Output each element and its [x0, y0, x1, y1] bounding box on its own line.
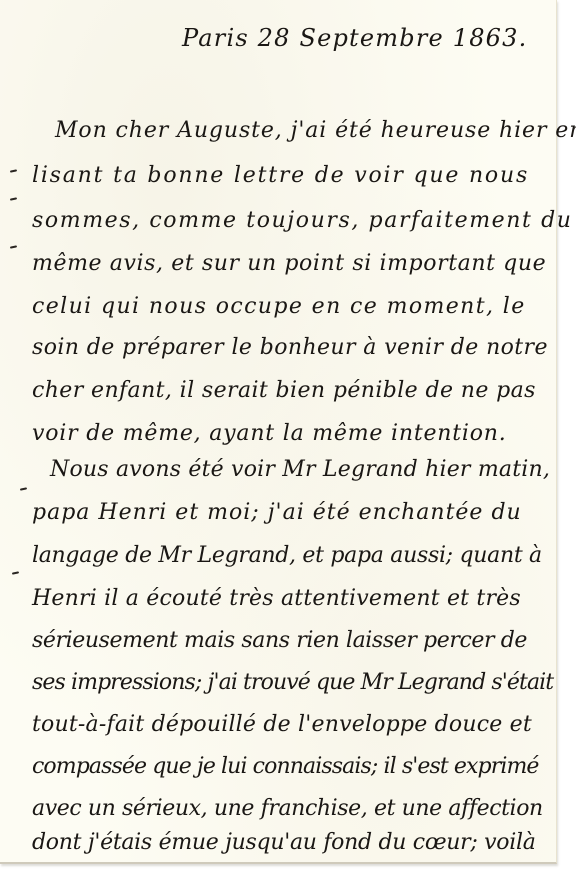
letter-line-14: ses impressions; j'ai trouvé que Mr Legr… [32, 672, 553, 694]
margin-mark [10, 245, 17, 248]
letter-line-12: Henri il a écouté très attentivement et … [32, 588, 521, 610]
letter-line-2: lisant ta bonne lettre de voir que nous [32, 165, 529, 187]
letter-line-15: tout-à-fait dépouillé de l'enveloppe dou… [32, 714, 532, 736]
letter-page: Paris 28 Septembre 1863. Mon cher August… [0, 0, 557, 864]
letter-line-18: dont j'étais émue jusqu'au fond du cœur;… [32, 832, 536, 854]
letter-line-7: cher enfant, il serait bien pénible de n… [32, 380, 536, 402]
letter-line-9: Nous avons été voir Mr Legrand hier mati… [50, 459, 550, 481]
letter-line-13: sérieusement mais sans rien laisser perc… [32, 630, 527, 652]
letter-line-10: papa Henri et moi; j'ai été enchantée du [32, 502, 522, 524]
margin-mark [10, 197, 17, 200]
margin-mark [20, 487, 27, 490]
letter-line-17: avec un sérieux, une franchise, et une a… [32, 798, 543, 820]
letter-line-16: compassée que je lui connaissais; il s'e… [32, 756, 539, 778]
letter-line-5: celui qui nous occupe en ce moment, le [32, 296, 526, 318]
letter-line-4: même avis, et sur un point si important … [32, 253, 546, 275]
letter-line-6: soin de préparer le bonheur à venir de n… [32, 337, 548, 359]
letter-line-1: Mon cher Auguste, j'ai été heureuse hier… [55, 120, 576, 142]
margin-mark [12, 571, 19, 574]
letter-line-3: sommes, comme toujours, parfaitement du [32, 210, 573, 232]
letter-line-11: langage de Mr Legrand, et papa aussi; qu… [32, 545, 542, 567]
letter-date-heading: Paris 28 Septembre 1863. [182, 26, 527, 50]
letter-line-8: voir de même, ayant la même intention. [32, 423, 507, 445]
margin-mark [10, 169, 17, 172]
